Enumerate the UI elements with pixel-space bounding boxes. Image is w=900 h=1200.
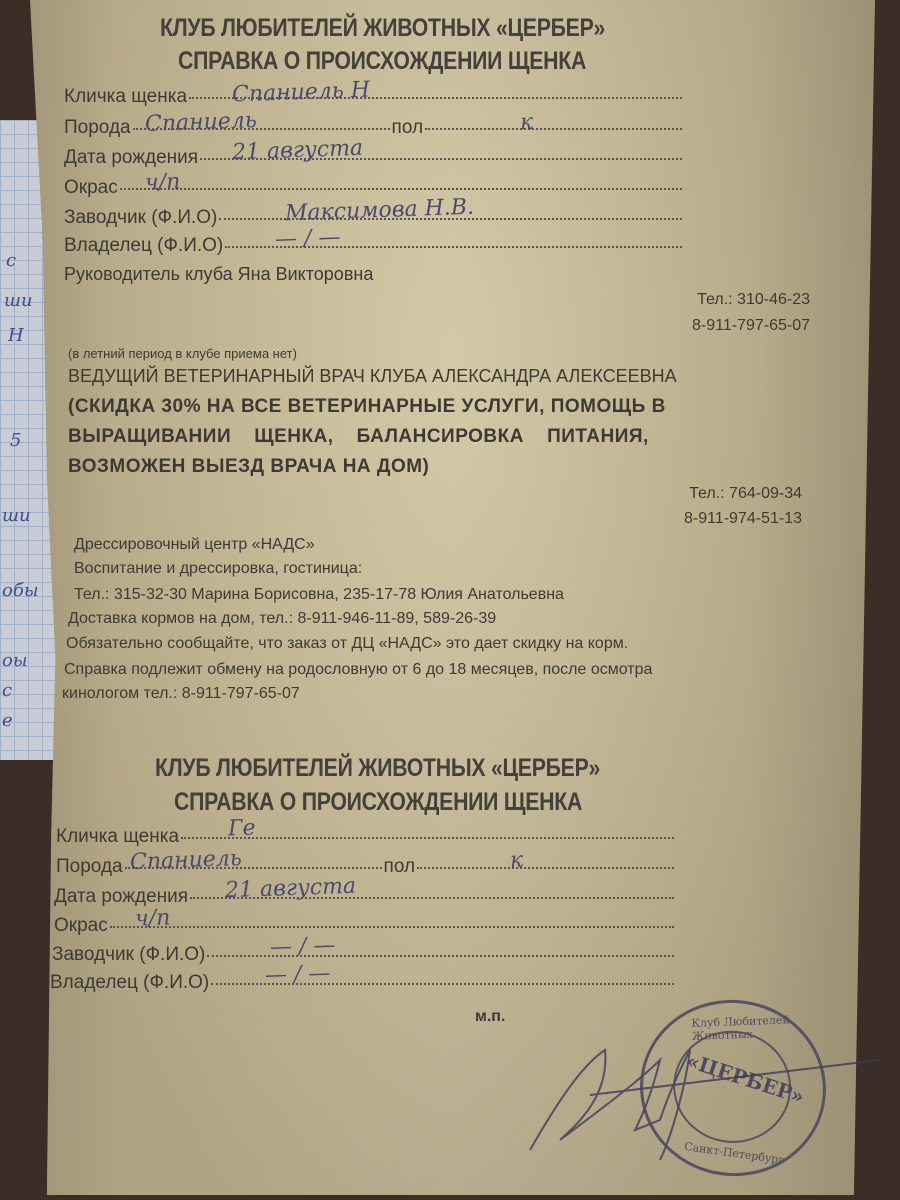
handwritten-owner: — / — — [275, 225, 341, 252]
exchange-note: кинологом тел.: 8-911-797-65-07 — [62, 685, 300, 703]
field-label: Кличка щенка — [64, 86, 187, 108]
handwritten-birth-date: 21 августа — [232, 136, 364, 166]
club-phone-2: 8-911-797-65-07 — [692, 317, 810, 335]
notebook-scribble: ши — [4, 290, 33, 311]
notebook-scribble: 5 — [10, 430, 21, 451]
field-owner: Владелец (Ф.И.О) — [50, 972, 676, 994]
field-label: Окрас — [54, 915, 108, 937]
notebook-scribble: Н — [8, 325, 24, 346]
food-delivery: Доставка кормов на дом, тел.: 8-911-946-… — [68, 610, 496, 628]
field-label: Порода — [56, 856, 123, 878]
stamp-ring-bottom: Санкт-Петербург — [684, 1140, 785, 1167]
document-title: СПРАВКА О ПРОИСХОЖДЕНИИ ЩЕНКА — [174, 788, 582, 817]
notebook-scribble: обы — [2, 580, 38, 601]
field-label: Заводчик (Ф.И.О) — [52, 944, 205, 966]
field-label-sex: пол — [384, 856, 416, 878]
field-puppy-name: Кличка щенка — [56, 826, 676, 848]
stamp-ring-top: Клуб Любителей Животных — [691, 1012, 832, 1043]
vet-line: ВЕДУЩИЙ ВЕТЕРИНАРНЫЙ ВРАЧ КЛУБА АЛЕКСАНД… — [68, 366, 677, 387]
handwritten-owner: — / — — [265, 961, 331, 988]
field-label: Заводчик (Ф.И.О) — [64, 207, 217, 229]
notebook-scribble: ши — [2, 505, 31, 526]
notebook-scribble: оы — [2, 650, 28, 671]
handwritten-puppy-name: Спаниель Н — [232, 78, 371, 108]
handwritten-breeder: — / — — [270, 933, 336, 960]
field-owner: Владелец (Ф.И.О) — [64, 235, 684, 257]
handwritten-breed: Спаниель — [145, 108, 258, 137]
vet-phone-2: 8-911-974-51-13 — [684, 510, 802, 528]
handwritten-breed: Спаниель — [130, 846, 243, 875]
vet-offer-line: (СКИДКА 30% НА ВСЕ ВЕТЕРИНАРНЫЕ УСЛУГИ, … — [68, 396, 666, 418]
handwritten-color: ч/п — [135, 905, 171, 931]
handwritten-color: ч/п — [145, 169, 181, 195]
field-label: Кличка щенка — [56, 826, 179, 848]
club-head: Руководитель клуба Яна Викторовна — [64, 264, 373, 285]
club-title: КЛУБ ЛЮБИТЕЛЕЙ ЖИВОТНЫХ «ЦЕРБЕР» — [160, 14, 605, 43]
notebook-scribble: с — [6, 250, 16, 271]
notebook-scribble: с — [2, 680, 12, 701]
field-label-sex: пол — [392, 117, 424, 139]
field-label: Дата рождения — [64, 147, 198, 169]
document-title: СПРАВКА О ПРОИСХОЖДЕНИИ ЩЕНКА — [178, 47, 586, 76]
club-phone-1: Тел.: 310-46-23 — [697, 291, 810, 309]
handwritten-sex: к — [510, 848, 524, 873]
seal-label: м.п. — [475, 1008, 505, 1026]
field-puppy-name: Кличка щенка — [64, 86, 684, 108]
notebook-scribble: е — [2, 710, 13, 731]
handwritten-birth-date: 21 августа — [225, 874, 357, 904]
training-services: Воспитание и дрессировка, гостиница: — [74, 560, 362, 578]
club-title: КЛУБ ЛЮБИТЕЛЕЙ ЖИВОТНЫХ «ЦЕРБЕР» — [155, 754, 600, 783]
training-phones: Тел.: 315-32-30 Марина Борисовна, 235-17… — [74, 586, 564, 604]
field-label: Окрас — [64, 177, 118, 199]
training-center: Дрессировочный центр «НАДС» — [74, 536, 315, 554]
discount-note: Обязательно сообщайте, что заказ от ДЦ «… — [66, 635, 628, 653]
handwritten-sex: к — [520, 110, 534, 135]
field-label: Владелец (Ф.И.О) — [64, 235, 223, 257]
vet-phone-1: Тел.: 764-09-34 — [689, 485, 802, 503]
exchange-note: Справка подлежит обмену на родословную о… — [64, 661, 652, 679]
field-birth-date: Дата рождения — [54, 886, 676, 908]
field-birth-date: Дата рождения — [64, 147, 684, 169]
field-label: Порода — [64, 117, 131, 139]
handwritten-puppy-name: Ге — [228, 816, 256, 842]
field-breeder: Заводчик (Ф.И.О) — [52, 944, 676, 966]
summer-note: (в летний период в клубе приема нет) — [68, 346, 297, 361]
field-label: Владелец (Ф.И.О) — [50, 972, 209, 994]
vet-offer-line: ВОЗМОЖЕН ВЫЕЗД ВРАЧА НА ДОМ) — [68, 456, 429, 478]
vet-offer-line: ВЫРАЩИВАНИИ ЩЕНКА, БАЛАНСИРОВКА ПИТАНИЯ, — [68, 426, 649, 448]
